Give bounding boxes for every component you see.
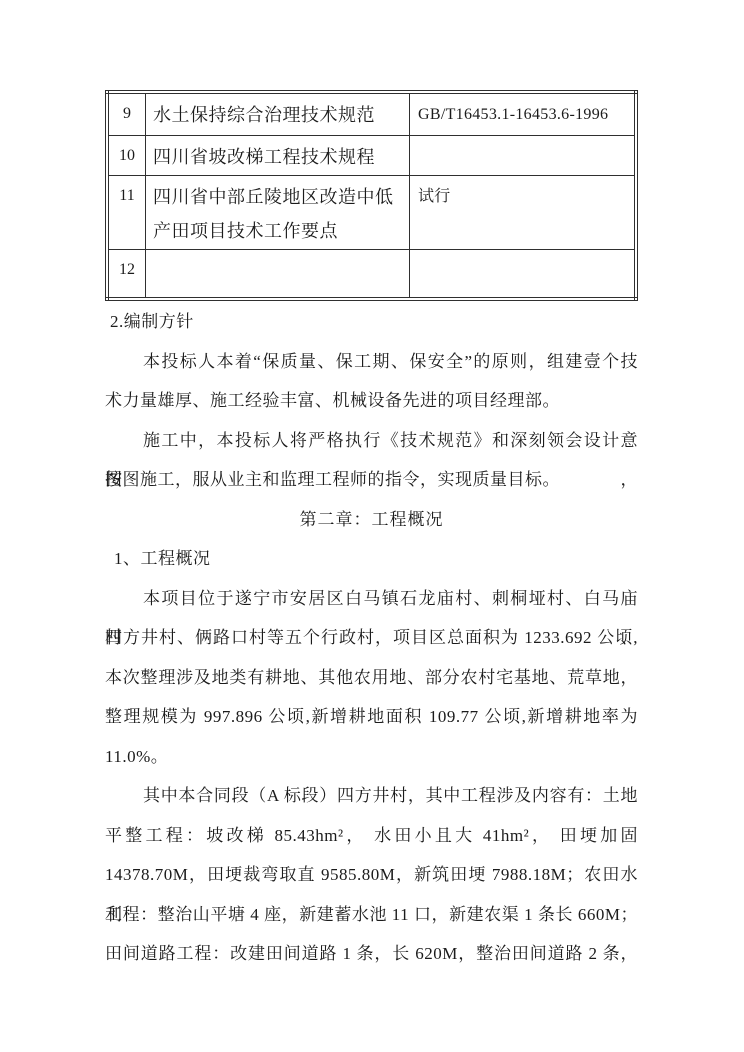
paragraph-line: 四方井村、俩路口村等五个行政村，项目区总面积为 1233.692 公顷, xyxy=(105,618,638,658)
table-cell-title: 四川省中部丘陵地区改造中低产田项目技术工作要点 xyxy=(146,175,410,249)
paragraph-line: 11.0%。 xyxy=(105,737,638,777)
chapter-heading: 第二章：工程概况 xyxy=(105,500,638,540)
table-cell-number: 9 xyxy=(107,92,146,135)
table-row: 11 四川省中部丘陵地区改造中低产田项目技术工作要点 试行 xyxy=(107,175,636,249)
section-1-heading: 1、工程概况 xyxy=(105,539,638,579)
table-cell-title: 水土保持综合治理技术规范 xyxy=(146,92,410,135)
paragraph-line: 本次整理涉及地类有耕地、其他农用地、部分农村宅基地、荒草地， xyxy=(105,658,638,698)
standards-table: 9 水土保持综合治理技术规范 GB/T16453.1-16453.6-1996 … xyxy=(105,90,638,301)
table-row: 9 水土保持综合治理技术规范 GB/T16453.1-16453.6-1996 xyxy=(107,92,636,135)
paragraph-line: 本投标人本着“保质量、保工期、保安全”的原则，组建壹个技 xyxy=(105,342,638,382)
table-row: 12 xyxy=(107,249,636,299)
paragraph-line: 14378.70M，田埂裁弯取直 9585.80M，新筑田埂 7988.18M；… xyxy=(105,855,638,895)
table-cell-number: 10 xyxy=(107,135,146,175)
paragraph-line: 按图施工，服从业主和监理工程师的指令，实现质量目标。 xyxy=(105,460,638,500)
table-row: 10 四川省坡改梯工程技术规程 xyxy=(107,135,636,175)
paragraph-line: 施工中，本投标人将严格执行《技术规范》和深刻领会设计意图， xyxy=(105,421,638,461)
table-cell-number: 12 xyxy=(107,249,146,299)
paragraph-line: 工程：整治山平塘 4 座，新建蓄水池 11 口，新建农渠 1 条长 660M； xyxy=(105,895,638,935)
paragraph-line: 术力量雄厚、施工经验丰富、机械设备先进的项目经理部。 xyxy=(105,381,638,421)
table-cell-title xyxy=(146,249,410,299)
paragraph-line: 整理规模为 997.896 公顷,新增耕地面积 109.77 公顷,新增耕地率为 xyxy=(105,697,638,737)
table-cell-note: 试行 xyxy=(410,175,637,249)
section-2-heading: 2.编制方针 xyxy=(105,302,638,342)
paragraph-line: 本项目位于遂宁市安居区白马镇石龙庙村、刺桐垭村、白马庙村、 xyxy=(105,579,638,619)
paragraph-line: 田间道路工程：改建田间道路 1 条，长 620M，整治田间道路 2 条， xyxy=(105,934,638,974)
paragraph-line: 其中本合同段（A 标段）四方井村，其中工程涉及内容有：土地 xyxy=(105,776,638,816)
table-cell-note: GB/T16453.1-16453.6-1996 xyxy=(410,92,637,135)
document-body: 2.编制方针 本投标人本着“保质量、保工期、保安全”的原则，组建壹个技 术力量雄… xyxy=(105,302,638,974)
table-cell-title: 四川省坡改梯工程技术规程 xyxy=(146,135,410,175)
table-cell-note xyxy=(410,135,637,175)
document-page: 9 水土保持综合治理技术规范 GB/T16453.1-16453.6-1996 … xyxy=(0,0,744,1052)
paragraph-line: 平整工程：坡改梯 85.43hm²， 水田小且大 41hm²， 田埂加固 xyxy=(105,816,638,856)
table-cell-note xyxy=(410,249,637,299)
table-cell-number: 11 xyxy=(107,175,146,249)
